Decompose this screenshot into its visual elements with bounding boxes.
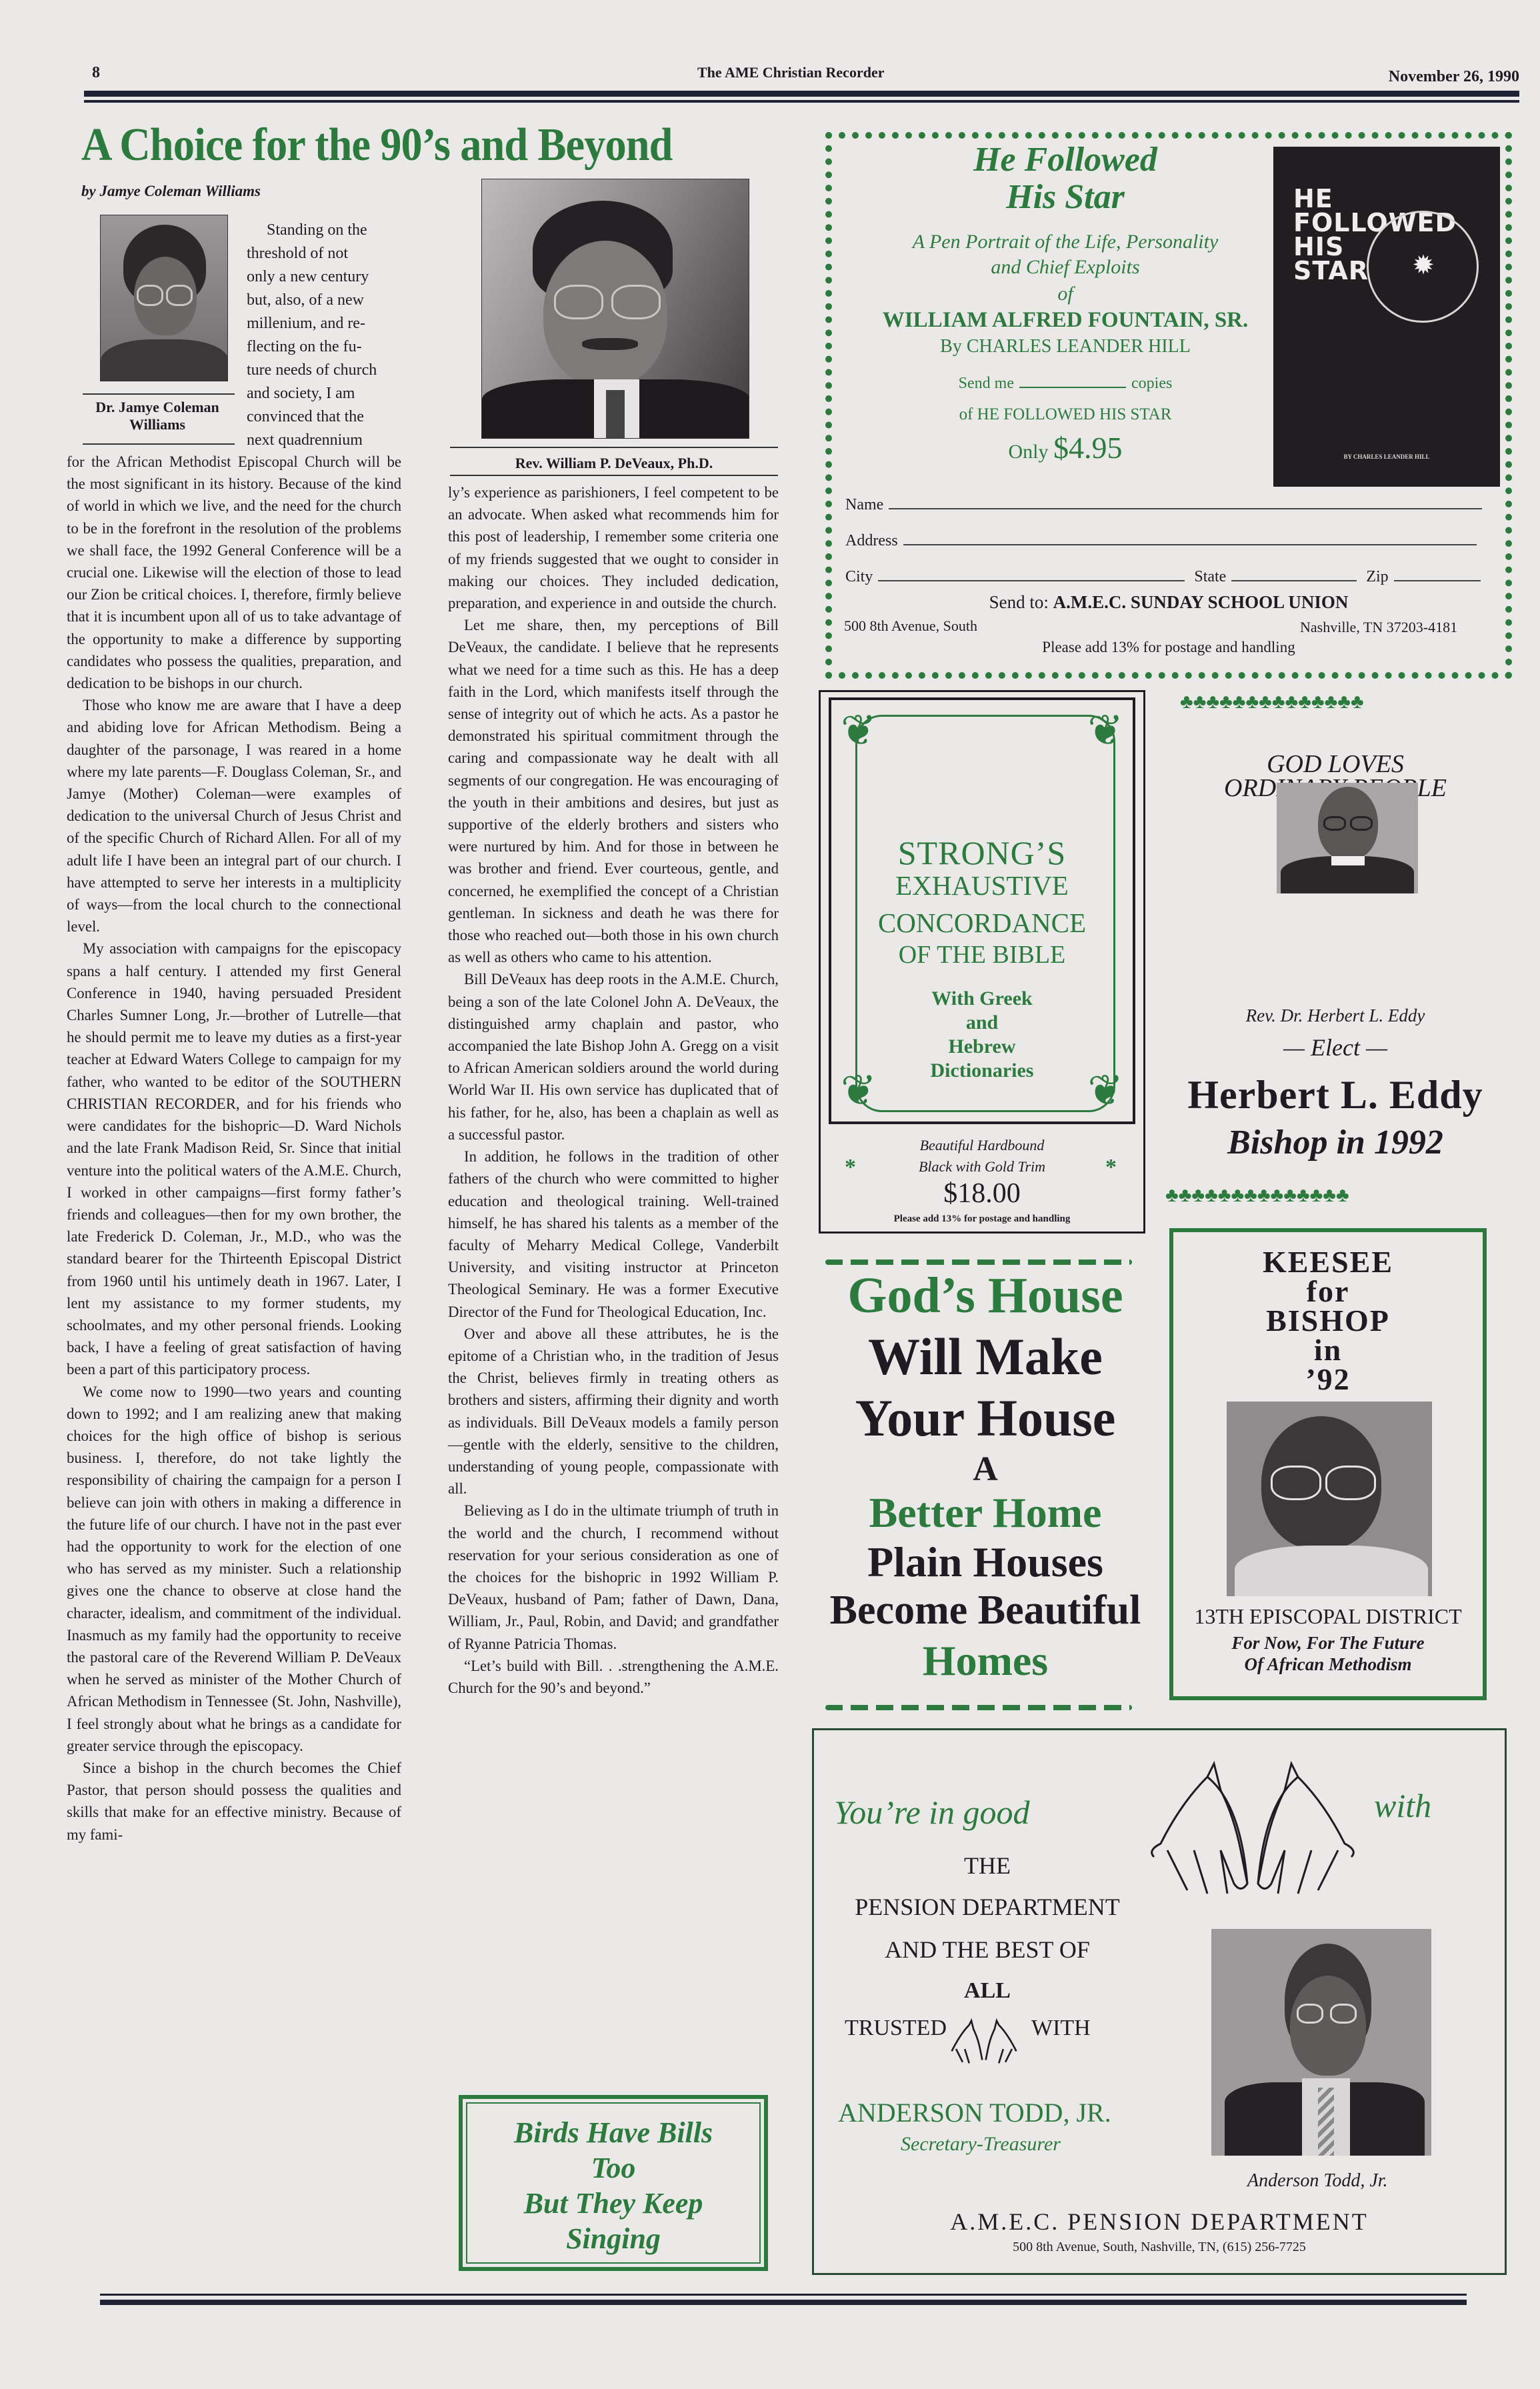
caption-rule bbox=[83, 443, 235, 445]
ad-strongs-concordance: ❦ ❦ ❦ ❦ STRONG’S EXHAUSTIVE CONCORDANCE … bbox=[819, 690, 1145, 1234]
ad-subtitle-of: of bbox=[825, 280, 1305, 308]
paragraph: In addition, he follows in the tradition… bbox=[448, 1145, 779, 1323]
clover-border-icon: ♣♣♣♣♣♣♣♣♣♣♣♣♣♣ bbox=[1165, 1184, 1349, 1207]
address-field: Address bbox=[845, 532, 1477, 550]
ornament-icon: ❦ bbox=[841, 709, 877, 752]
ad-subject-name: WILLIAM ALFRED FOUNTAIN, SR. bbox=[825, 308, 1305, 333]
photo-herbert-eddy bbox=[1277, 783, 1418, 893]
caption-rule bbox=[83, 393, 235, 395]
pension-right-phrase: with bbox=[1374, 1786, 1431, 1825]
ad-author: By CHARLES LEANDER HILL bbox=[825, 336, 1305, 357]
ad-order-line: Send mecopies bbox=[825, 375, 1305, 393]
gods-house-line7: Become Beautiful bbox=[819, 1587, 1152, 1634]
page-bottom-rule bbox=[100, 2294, 1467, 2307]
paragraph: Those who know me are aware that I have … bbox=[67, 694, 401, 937]
city-state-zip-field: City State Zip bbox=[845, 568, 1481, 586]
article-column-1: for the African Methodist Episcopal Chur… bbox=[67, 451, 401, 1846]
clover-border-icon: ♣♣♣♣♣♣♣♣♣♣♣♣♣♣ bbox=[1180, 691, 1364, 713]
pension-trusted: TRUSTED bbox=[845, 2016, 947, 2041]
issue-date: November 26, 1990 bbox=[1389, 68, 1519, 86]
eddy-bishop-line: Bishop in 1992 bbox=[1165, 1123, 1505, 1162]
dashed-rule bbox=[825, 1260, 1132, 1265]
article-lead: Standing on the threshold of not only a … bbox=[247, 219, 405, 452]
ad-price: Only $4.95 bbox=[825, 430, 1305, 465]
eddy-photo-caption: Rev. Dr. Herbert L. Eddy bbox=[1165, 1005, 1505, 1026]
pension-the: THE bbox=[814, 1852, 1161, 1880]
zip-input[interactable] bbox=[1394, 569, 1481, 581]
photo-caption-deveaux: Rev. William P. DeVeaux, Ph.D. bbox=[450, 455, 778, 472]
name-field: Name bbox=[845, 496, 1482, 514]
copies-blank[interactable] bbox=[1019, 387, 1126, 388]
ornament-icon: ❦ bbox=[1087, 709, 1123, 752]
caption-rule bbox=[450, 447, 778, 448]
gods-house-line6: Plain Houses bbox=[819, 1538, 1152, 1587]
paragraph: for the African Methodist Episcopal Chur… bbox=[67, 451, 401, 694]
dashed-rule bbox=[825, 1705, 1132, 1710]
paragraph: Let me share, then, my perceptions of Bi… bbox=[448, 614, 779, 968]
asterisk-icon: * bbox=[1105, 1155, 1117, 1180]
gods-house-line3: Your House bbox=[819, 1388, 1152, 1448]
ad-pension-department: You’re in good with THE PENSION DEPARTME… bbox=[812, 1728, 1507, 2275]
masthead-rule bbox=[84, 91, 1519, 104]
photo-anderson-todd bbox=[1211, 1929, 1431, 2156]
paragraph: “Let’s build with Bill. . .strengthening… bbox=[448, 1655, 779, 1699]
ad-keesee-for-bishop: KEESEE for BISHOP in ’92 13TH EPISCOPAL … bbox=[1169, 1228, 1487, 1700]
ad-street: 500 8th Avenue, South bbox=[844, 617, 977, 635]
caption-rule bbox=[450, 475, 778, 476]
ad-city-state: Nashville, TN 37203-4181 bbox=[1300, 619, 1457, 636]
strongs-price: $18.00 bbox=[821, 1177, 1143, 1210]
name-input[interactable] bbox=[889, 497, 1482, 509]
gods-house-line4: A bbox=[819, 1450, 1152, 1489]
gods-house-line2: Will Make bbox=[819, 1327, 1152, 1387]
pension-name: ANDERSON TODD, JR. bbox=[838, 2097, 1111, 2128]
article-byline: by Jamye Coleman Williams bbox=[81, 183, 261, 200]
paragraph: Over and above all these attributes, he … bbox=[448, 1323, 779, 1500]
book-cover-author: BY CHARLES LEANDER HILL bbox=[1273, 453, 1500, 460]
paragraph: My association with campaigns for the ep… bbox=[67, 937, 401, 1380]
city-input[interactable] bbox=[878, 569, 1185, 581]
article-headline: A Choice for the 90’s and Beyond bbox=[81, 119, 673, 172]
gods-house-line8: Homes bbox=[819, 1636, 1152, 1686]
strongs-postage-note: Please add 13% for postage and handling bbox=[821, 1214, 1143, 1225]
photo-keesee bbox=[1227, 1402, 1432, 1596]
eddy-elect: — Elect — bbox=[1165, 1033, 1505, 1061]
pension-dept: PENSION DEPARTMENT bbox=[814, 1893, 1161, 1921]
newspaper-page: 8 The AME Christian Recorder November 26… bbox=[0, 0, 1540, 2389]
publication-name: The AME Christian Recorder bbox=[697, 64, 884, 81]
pension-all: ALL bbox=[814, 1978, 1161, 2004]
photo-jamye-williams bbox=[100, 215, 228, 381]
gods-house-line5: Better Home bbox=[819, 1488, 1152, 1538]
state-input[interactable] bbox=[1231, 569, 1357, 581]
ad-send-to: Send to: A.M.E.C. SUNDAY SCHOOL UNION bbox=[825, 592, 1512, 613]
pension-org: A.M.E.C. PENSION DEPARTMENT bbox=[814, 2208, 1505, 2236]
star-icon: ✹ bbox=[1411, 253, 1435, 277]
ad-title: He Followed His Star bbox=[825, 141, 1305, 216]
pension-photo-caption: Anderson Todd, Jr. bbox=[1247, 2170, 1388, 2192]
asterisk-icon: * bbox=[845, 1155, 856, 1180]
photo-william-deveaux bbox=[481, 179, 749, 439]
open-hands-icon bbox=[947, 2004, 1021, 2077]
gods-house-line1: God’s House bbox=[819, 1267, 1152, 1325]
pension-with: WITH bbox=[1031, 2016, 1091, 2041]
article-column-2: ly’s experience as parishioners, I feel … bbox=[448, 481, 779, 1699]
page-number: 8 bbox=[92, 64, 100, 82]
pension-left-phrase: You’re in good bbox=[834, 1793, 1030, 1832]
photo-caption-jamye: Dr. Jamye Coleman Williams bbox=[77, 399, 237, 433]
pension-address: 500 8th Avenue, South, Nashville, TN, (6… bbox=[814, 2240, 1505, 2255]
ad-subtitle: A Pen Portrait of the Life, Personality … bbox=[825, 228, 1305, 281]
paragraph: ly’s experience as parishioners, I feel … bbox=[448, 481, 779, 614]
pension-best: AND THE BEST OF bbox=[814, 1936, 1161, 1964]
ad-of-title: of HE FOLLOWED HIS STAR bbox=[825, 405, 1305, 424]
paragraph: We come now to 1990—two years and counti… bbox=[67, 1381, 401, 1757]
birds-have-bills-box: Birds Have Bills Too But They Keep Singi… bbox=[459, 2095, 768, 2271]
address-input[interactable] bbox=[903, 533, 1477, 545]
paragraph: Bill DeVeaux has deep roots in the A.M.E… bbox=[448, 968, 779, 1145]
eddy-name: Herbert L. Eddy bbox=[1165, 1072, 1505, 1118]
ad-postage-note: Please add 13% for postage and handling bbox=[825, 639, 1512, 656]
paragraph: Since a bishop in the church becomes the… bbox=[67, 1757, 401, 1846]
open-hands-icon bbox=[1141, 1750, 1365, 1897]
masthead: 8 The AME Christian Recorder November 26… bbox=[84, 63, 1519, 83]
pension-title: Secretary-Treasurer bbox=[901, 2133, 1061, 2156]
book-cover: HE FOLLOWED HIS STAR ✹ BY CHARLES LEANDE… bbox=[1273, 147, 1500, 487]
paragraph: Believing as I do in the ultimate triump… bbox=[448, 1500, 779, 1654]
